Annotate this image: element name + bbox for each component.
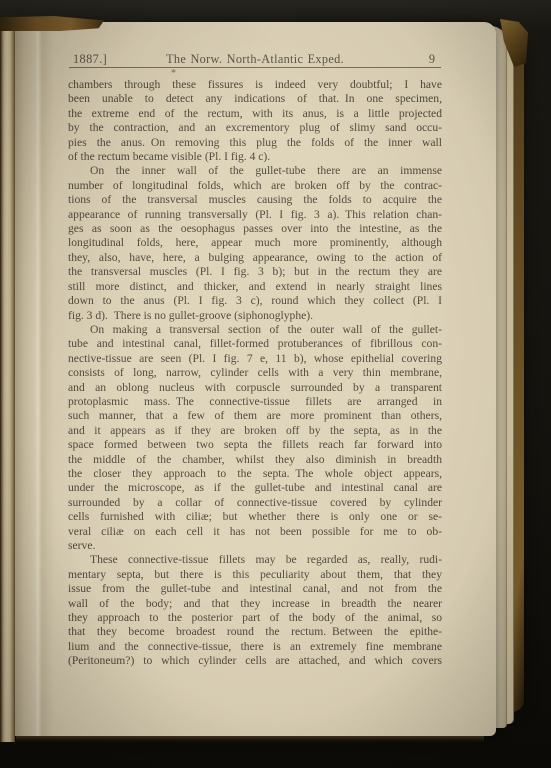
text-line: fig. 3 d). There is no gullet-groove (si… — [68, 309, 442, 323]
text-line: under the microscope, as if the gullet-t… — [68, 481, 442, 495]
text-line: the closer they approach to the septa. T… — [68, 467, 442, 481]
text-line: issue from the gullet-tube and intestina… — [68, 582, 442, 596]
text-line: ges as soon as the oesophagus passes ove… — [68, 222, 442, 236]
text-line: veral ciliæ on each cell it has not been… — [68, 525, 442, 539]
text-line: number of longitudinal folds, which are … — [68, 179, 442, 193]
book-page: 1887.] The Norw. North-Atlantic Exped. 9… — [14, 22, 496, 736]
text-line: mentary septa, but there is this peculia… — [68, 568, 442, 582]
text-line: still more distinct, and thicker, and ex… — [68, 280, 442, 294]
text-line: tube and intestinal canal, fillet-formed… — [68, 337, 442, 351]
text-line: and an oblong nucleus with corpuscle sur… — [68, 381, 442, 395]
text-line: On making a transversal section of the o… — [68, 323, 442, 337]
text-line: the middle of the chamber, whilst they a… — [68, 453, 442, 467]
page-bottom-edge — [16, 736, 484, 742]
header-rule — [69, 67, 441, 68]
text-line: (Peritoneum?) to which cylinder cells ar… — [68, 654, 442, 668]
cover-corner-top-left — [0, 16, 104, 31]
text-line: they, also, have, here, a bulging appear… — [68, 251, 442, 265]
page-content: 1887.] The Norw. North-Atlantic Exped. 9… — [68, 22, 442, 736]
text-line: cells furnished with ciliæ; but whether … — [68, 510, 442, 524]
book-scan: 1887.] The Norw. North-Atlantic Exped. 9… — [0, 0, 551, 768]
text-line: they approach to the posterior part of t… — [68, 611, 442, 625]
text-line: surrounded by a collar of connective-tis… — [68, 496, 442, 510]
text-line: and it appears as if they are broken off… — [68, 424, 442, 438]
page-number: 9 — [429, 52, 435, 67]
text-line: nective-tissue are seen (Pl. I fig. 7 e,… — [68, 352, 442, 366]
text-line: of the rectum became visible (Pl. I fig.… — [68, 150, 442, 164]
text-line: that they become broadest round the rect… — [68, 625, 442, 639]
text-line: These connective-tissue fillets may be r… — [68, 553, 442, 567]
text-line: the extreme end of the rectum, with its … — [68, 107, 442, 121]
text-line: such manner, that a few of them are more… — [68, 409, 442, 423]
gutter-shadow — [14, 22, 58, 736]
text-line: space formed between two septa the fille… — [68, 438, 442, 452]
text-line: longitudinal folds, here, appear much mo… — [68, 236, 442, 250]
text-line: by the contraction, and an excrementory … — [68, 121, 442, 135]
binding-edge — [0, 20, 15, 742]
text-line: lium and the connective-tissue, there is… — [68, 640, 442, 654]
text-line: protoplasmic mass. The connective-tissue… — [68, 395, 442, 409]
text-line: chambers through these fissures is indee… — [68, 78, 442, 92]
text-line: down to the anus (Pl. I fig. 3 c), round… — [68, 294, 442, 308]
page-header: 1887.] The Norw. North-Atlantic Exped. 9 — [68, 52, 442, 68]
text-line: tions of the transversal muscles causing… — [68, 193, 442, 207]
body-text: chambers through these fissures is indee… — [68, 78, 442, 669]
header-year: 1887.] — [73, 52, 107, 67]
text-line: consists of long, narrow, cylinder cells… — [68, 366, 442, 380]
text-line: pies the anus. On removing this plug the… — [68, 136, 442, 150]
text-line: On the inner wall of the gullet-tube the… — [68, 164, 442, 178]
text-line: been unable to detect any indications of… — [68, 92, 442, 106]
text-line: serve. — [68, 539, 442, 553]
text-line: wall of the body; and that they increase… — [68, 597, 442, 611]
text-line: appearance of running transversally (Pl.… — [68, 208, 442, 222]
text-line: the transversal muscles (Pl. I fig. 3 b)… — [68, 265, 442, 279]
header-title: The Norw. North-Atlantic Exped. — [166, 52, 344, 67]
